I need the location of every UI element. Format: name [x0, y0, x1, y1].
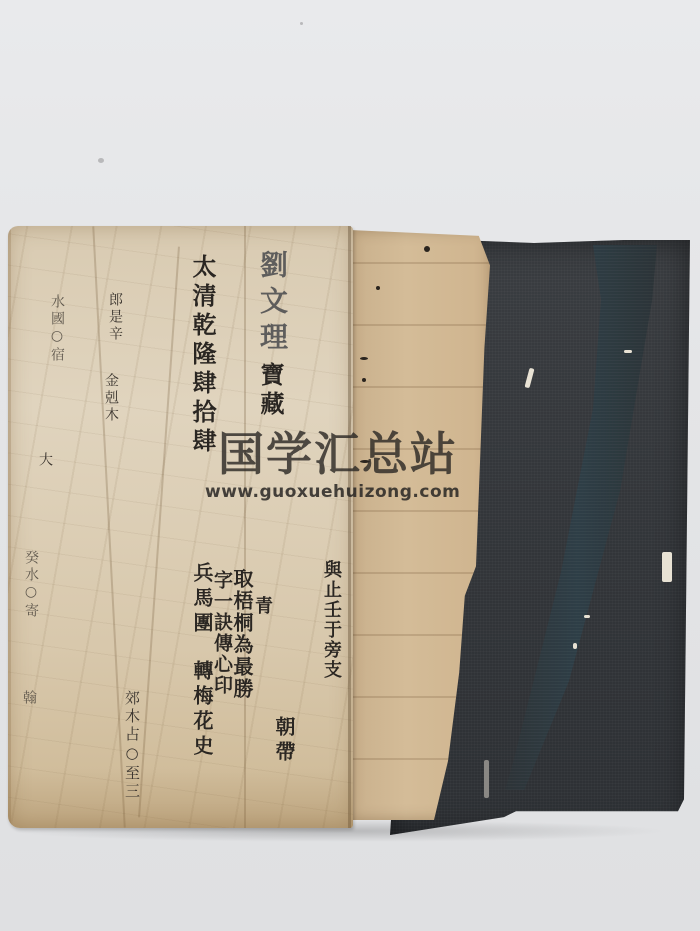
wormhole: [360, 357, 368, 360]
cloth-fleck: [484, 760, 489, 798]
text-column: 金剋木: [104, 373, 118, 424]
text-column: 癸水○寄: [24, 550, 38, 620]
photo-scene: 劉文理 寶藏 太清乾隆肆拾肆 郎是辛 金剋木 水國○宿 大 兵馬團 轉梅花史 取…: [0, 0, 700, 931]
text-column: 水國○宿: [50, 294, 64, 364]
text-column: 取梧桐為最勝: [232, 568, 252, 700]
reign-column: 太清乾隆肆拾肆: [190, 254, 214, 457]
watermark-url: www.guoxuehuizong.com: [205, 482, 460, 502]
cloth-fleck: [624, 350, 632, 353]
cloth-fleck: [573, 643, 577, 649]
watermark-site-name: 国学汇总站: [218, 418, 458, 484]
text-column: 兵馬團: [192, 562, 212, 637]
cloth-fleck: [584, 615, 590, 618]
text-column: 大: [38, 452, 52, 469]
text-column: 朝帶: [274, 716, 294, 766]
text-column: 郎是辛: [108, 292, 122, 343]
background-speck: [300, 22, 303, 25]
paper-crease: [244, 226, 246, 828]
text-column: 與止壬于旁支: [322, 560, 340, 680]
book-title: 劉文理: [258, 250, 286, 358]
wormhole: [376, 286, 380, 290]
cloth-fleck: [662, 552, 672, 582]
background-speck: [98, 158, 104, 163]
wormhole: [424, 246, 430, 252]
text-column: 字一訣傳心印: [212, 570, 231, 696]
text-column: 郊木占○至三: [124, 690, 139, 801]
paper-crease: [138, 247, 180, 818]
page-gutter: [348, 226, 351, 828]
text-column: 轉梅花史: [192, 660, 212, 760]
text-column: 青: [253, 596, 271, 619]
book-title-suffix: 寶藏: [258, 362, 282, 420]
text-column: 翰: [22, 690, 36, 707]
wormhole: [362, 378, 366, 382]
